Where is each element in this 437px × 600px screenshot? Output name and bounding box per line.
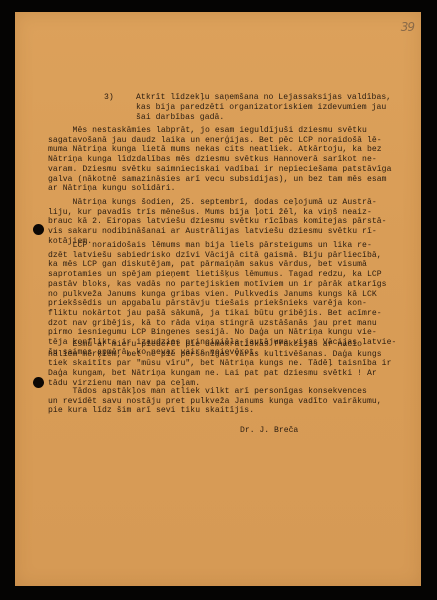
text-line: LCP noraidošais lēmums man bija liels pā…: [48, 241, 372, 251]
list-item-number: 3): [104, 93, 114, 102]
text-line: sagatavošanā jau daudz laika un enerģija…: [48, 136, 382, 146]
item-line: kas bija paredzēti organizatoriskiem izd…: [136, 103, 386, 113]
text-line: Mēs nestaskāmies labprāt, jo esam ieguld…: [48, 126, 367, 136]
item-line: Atkrīt līdzekļu saņemšana no Lejassaksij…: [136, 93, 391, 103]
text-line: pastāv bloks, kas vadās no partejiskiem …: [48, 280, 387, 290]
text-line: dzēt latviešu sabiedrisko dzīvi Vācijā c…: [48, 251, 382, 261]
text-line: galva (nākotnē samazināsies arī vecu sub…: [48, 175, 387, 185]
text-line: priekšsēdis un apgabalu pārstāvju tiešai…: [48, 299, 367, 309]
text-line: vis sakaru nodibināšanai ar Austrālijas …: [48, 227, 377, 237]
page-number: 39: [401, 20, 414, 34]
text-line: no pulkveža Janums kunga gribas vien. Pu…: [48, 290, 377, 300]
text-line: Tādos apstākļos man atliek vilkt arī per…: [48, 387, 367, 397]
text-line: pie kura līdz šim arī sevi tiku skaitīji…: [48, 406, 254, 416]
text-line: nāliem mērķiem, bet ne pie personīgas va…: [48, 350, 382, 360]
text-line: Esmu ar mieru piederēt pie demokratiskas…: [48, 340, 367, 350]
item-line: šai darbības gadā.: [136, 113, 224, 123]
document-page: 39 3) Atkrīt līdzekļu saņemšana no Lejas…: [15, 12, 421, 586]
text-line: ar Nātriņa kungu solidāri.: [48, 184, 176, 194]
text-line: brauc kā 2. Eiropas latviešu dziesmu svē…: [48, 217, 387, 227]
text-line: muma Nātriņa kunga lietā mums nekas cits…: [48, 145, 382, 155]
text-line: tiek skaitīts par "mūsu vīru", bet Nātri…: [48, 359, 392, 369]
punch-hole: [33, 377, 44, 388]
text-line: varam. Dziesmu svētku saimnieciskai vadī…: [48, 165, 392, 175]
text-line: Nātriņa kungs šodien, 25. septembrī, dod…: [48, 198, 377, 208]
text-line: dzot nav gribējis, kā to rāda viņa sting…: [48, 319, 377, 329]
text-line: un revidēt savu nostāju pret pulkveža Ja…: [48, 397, 382, 407]
text-line: Daģa kungam, bet Nātriņa kungam ne. Lai …: [48, 369, 377, 379]
text-line: saprotamies un spējam pieņemt lietišķus …: [48, 270, 382, 280]
text-line: Nātriņa kunga līdzdalības mēs dziesmu sv…: [48, 155, 377, 165]
text-line: fliktu nokārtot jau pašā sākumā, ja tika…: [48, 309, 382, 319]
punch-hole: [33, 224, 44, 235]
text-line: liju, kur pavadīs trīs mēnešus. Mums bij…: [48, 208, 372, 218]
text-line: ka mēs LCP gan diskutējam, pat pārmaiņām…: [48, 260, 367, 270]
text-line: pirmo iesniegumu LCP Bingenes sesijā. No…: [48, 328, 377, 338]
signature: Dr. J. Breča: [240, 426, 298, 435]
